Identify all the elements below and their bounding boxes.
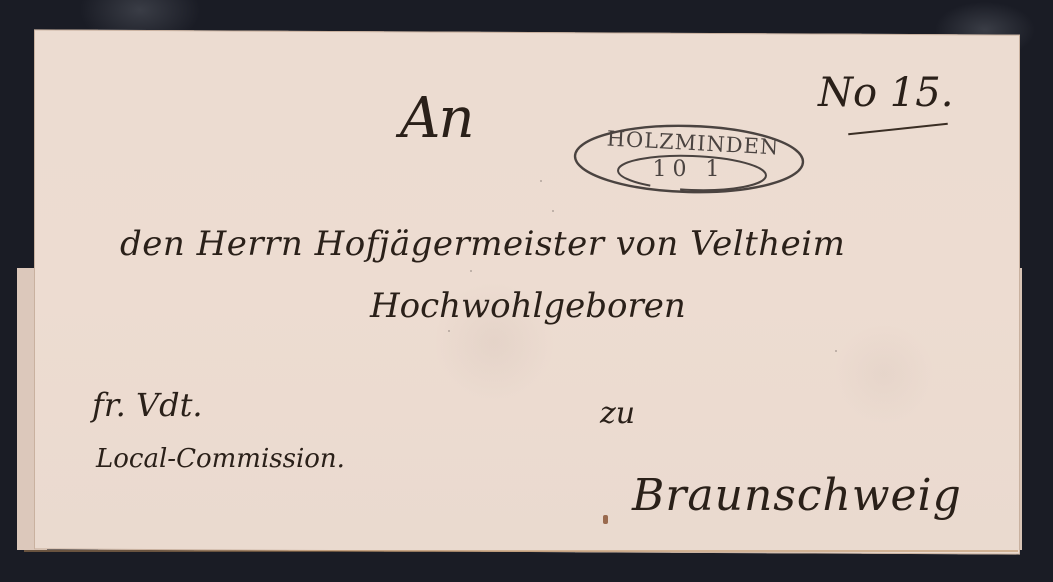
item-number: No 15. [818, 70, 953, 116]
salutation: An [400, 86, 473, 151]
paper-speck [835, 350, 837, 352]
postmark: HOLZMINDEN 10 1 [570, 117, 808, 195]
preposition: zu [600, 396, 635, 431]
letter-bottom-edge [24, 550, 1018, 552]
sender-line-2: Local-Commission. [96, 444, 345, 474]
postmark-date: 10 1 [570, 157, 808, 182]
paper-speck [448, 330, 450, 332]
destination-city: Braunschweig [632, 470, 962, 521]
ink-spot [603, 515, 608, 524]
photo-stage: An No 15. HOLZMINDEN 10 1 den Herrn Hofj… [0, 0, 1053, 582]
recipient-line-1: den Herrn Hofjägermeister von Veltheim [120, 224, 845, 264]
sender-line-1: fr. Vdt. [92, 386, 203, 424]
paper-speck [552, 210, 554, 212]
paper-speck [470, 270, 472, 272]
recipient-line-2: Hochwohlgeboren [370, 286, 686, 326]
paper-speck [540, 180, 542, 182]
